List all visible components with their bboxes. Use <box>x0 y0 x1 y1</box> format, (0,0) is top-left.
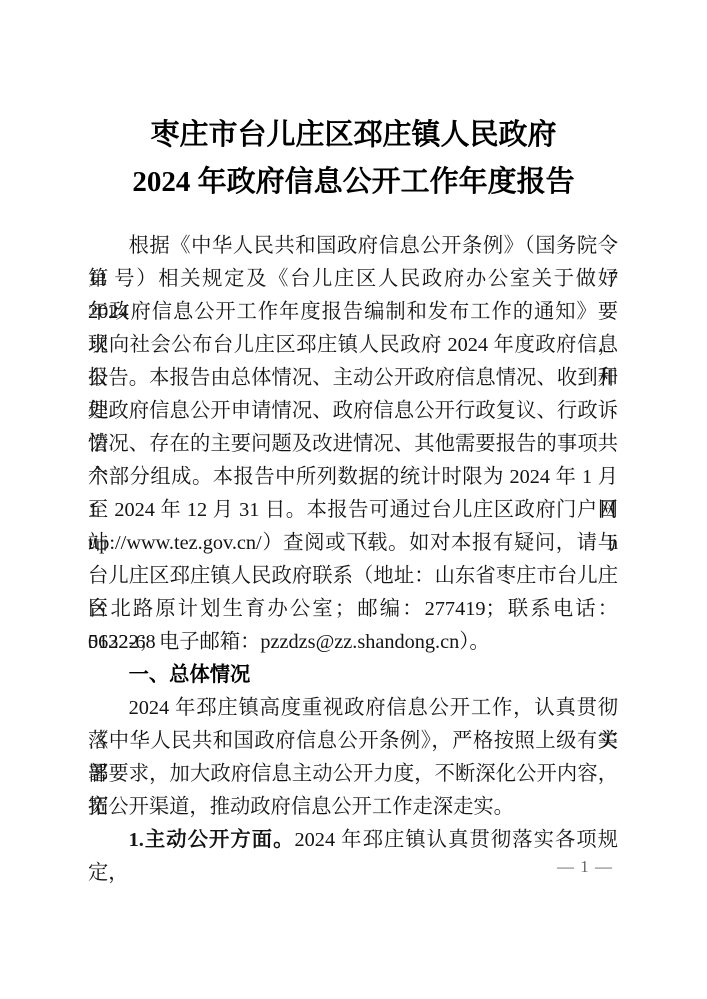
text-line: 现向社会公布台儿庄区邳庄镇人民政府 2024 年度政府信息公开 <box>88 329 618 362</box>
section-heading: 一、总体情况 <box>88 659 618 692</box>
document-page: 枣庄市台儿庄区邳庄镇人民政府 2024 年政府信息公开工作年度报告 根据《中华人… <box>0 0 707 999</box>
text-line: 情况、存在的主要问题及改进情况、其他需要报告的事项共六 <box>88 428 618 461</box>
text-line: 台北路原计划生育办公室；邮编：277419；联系电话：0632-68 <box>88 593 618 626</box>
text-line: 署要求，加大政府信息主动公开力度，不断深化公开内容，拓 <box>88 758 618 791</box>
document-title: 枣庄市台儿庄区邳庄镇人民政府 2024 年政府信息公开工作年度报告 <box>0 0 707 206</box>
text-line: 个部分组成。本报告中所列数据的统计时限为 2024 年 1 月 1 日 <box>88 461 618 494</box>
text-line: 1.主动公开方面。2024 年邳庄镇认真贯彻落实各项规定， <box>88 824 618 857</box>
text-line: 至 2024 年 12 月 31 日。本报告可通过台儿庄区政府门户网站（h <box>88 494 618 527</box>
text-line: 台儿庄区邳庄镇人民政府联系（地址：山东省枣庄市台儿庄区 <box>88 560 618 593</box>
text-line: 根据《中华人民共和国政府信息公开条例》（国务院令第 7 <box>88 230 618 263</box>
text-line: 报告。本报告由总体情况、主动公开政府信息情况、收到和处 <box>88 362 618 395</box>
paragraph-lead: 1.主动公开方面。 <box>129 829 295 851</box>
text-line: ttp://www.tez.gov.cn/）查阅或下载。如对本报有疑问，请与 <box>88 527 618 560</box>
text-line: 51222；电子邮箱：pzzdzs@zz.shandong.cn）。 <box>88 626 618 659</box>
document-title-line2: 2024 年政府信息公开工作年度报告 <box>0 159 707 206</box>
text-line: 11 号）相关规定及《台儿庄区人民政府办公室关于做好 2024 <box>88 263 618 296</box>
text-line: 2024 年邳庄镇高度重视政府信息公开工作，认真贯彻落实 <box>88 692 618 725</box>
document-body: 根据《中华人民共和国政府信息公开条例》（国务院令第 711 号）相关规定及《台儿… <box>88 230 618 857</box>
page-number: — 1 — <box>557 856 613 878</box>
text-line: 《中华人民共和国政府信息公开条例》，严格按照上级有关部 <box>88 725 618 758</box>
text-line: 宽公开渠道，推动政府信息公开工作走深走实。 <box>88 791 618 824</box>
document-title-line1: 枣庄市台儿庄区邳庄镇人民政府 <box>0 112 707 159</box>
text-line: 年政府信息公开工作年度报告编制和发布工作的通知》要求， <box>88 296 618 329</box>
text-line: 理政府信息公开申请情况、政府信息公开行政复议、行政诉讼 <box>88 395 618 428</box>
